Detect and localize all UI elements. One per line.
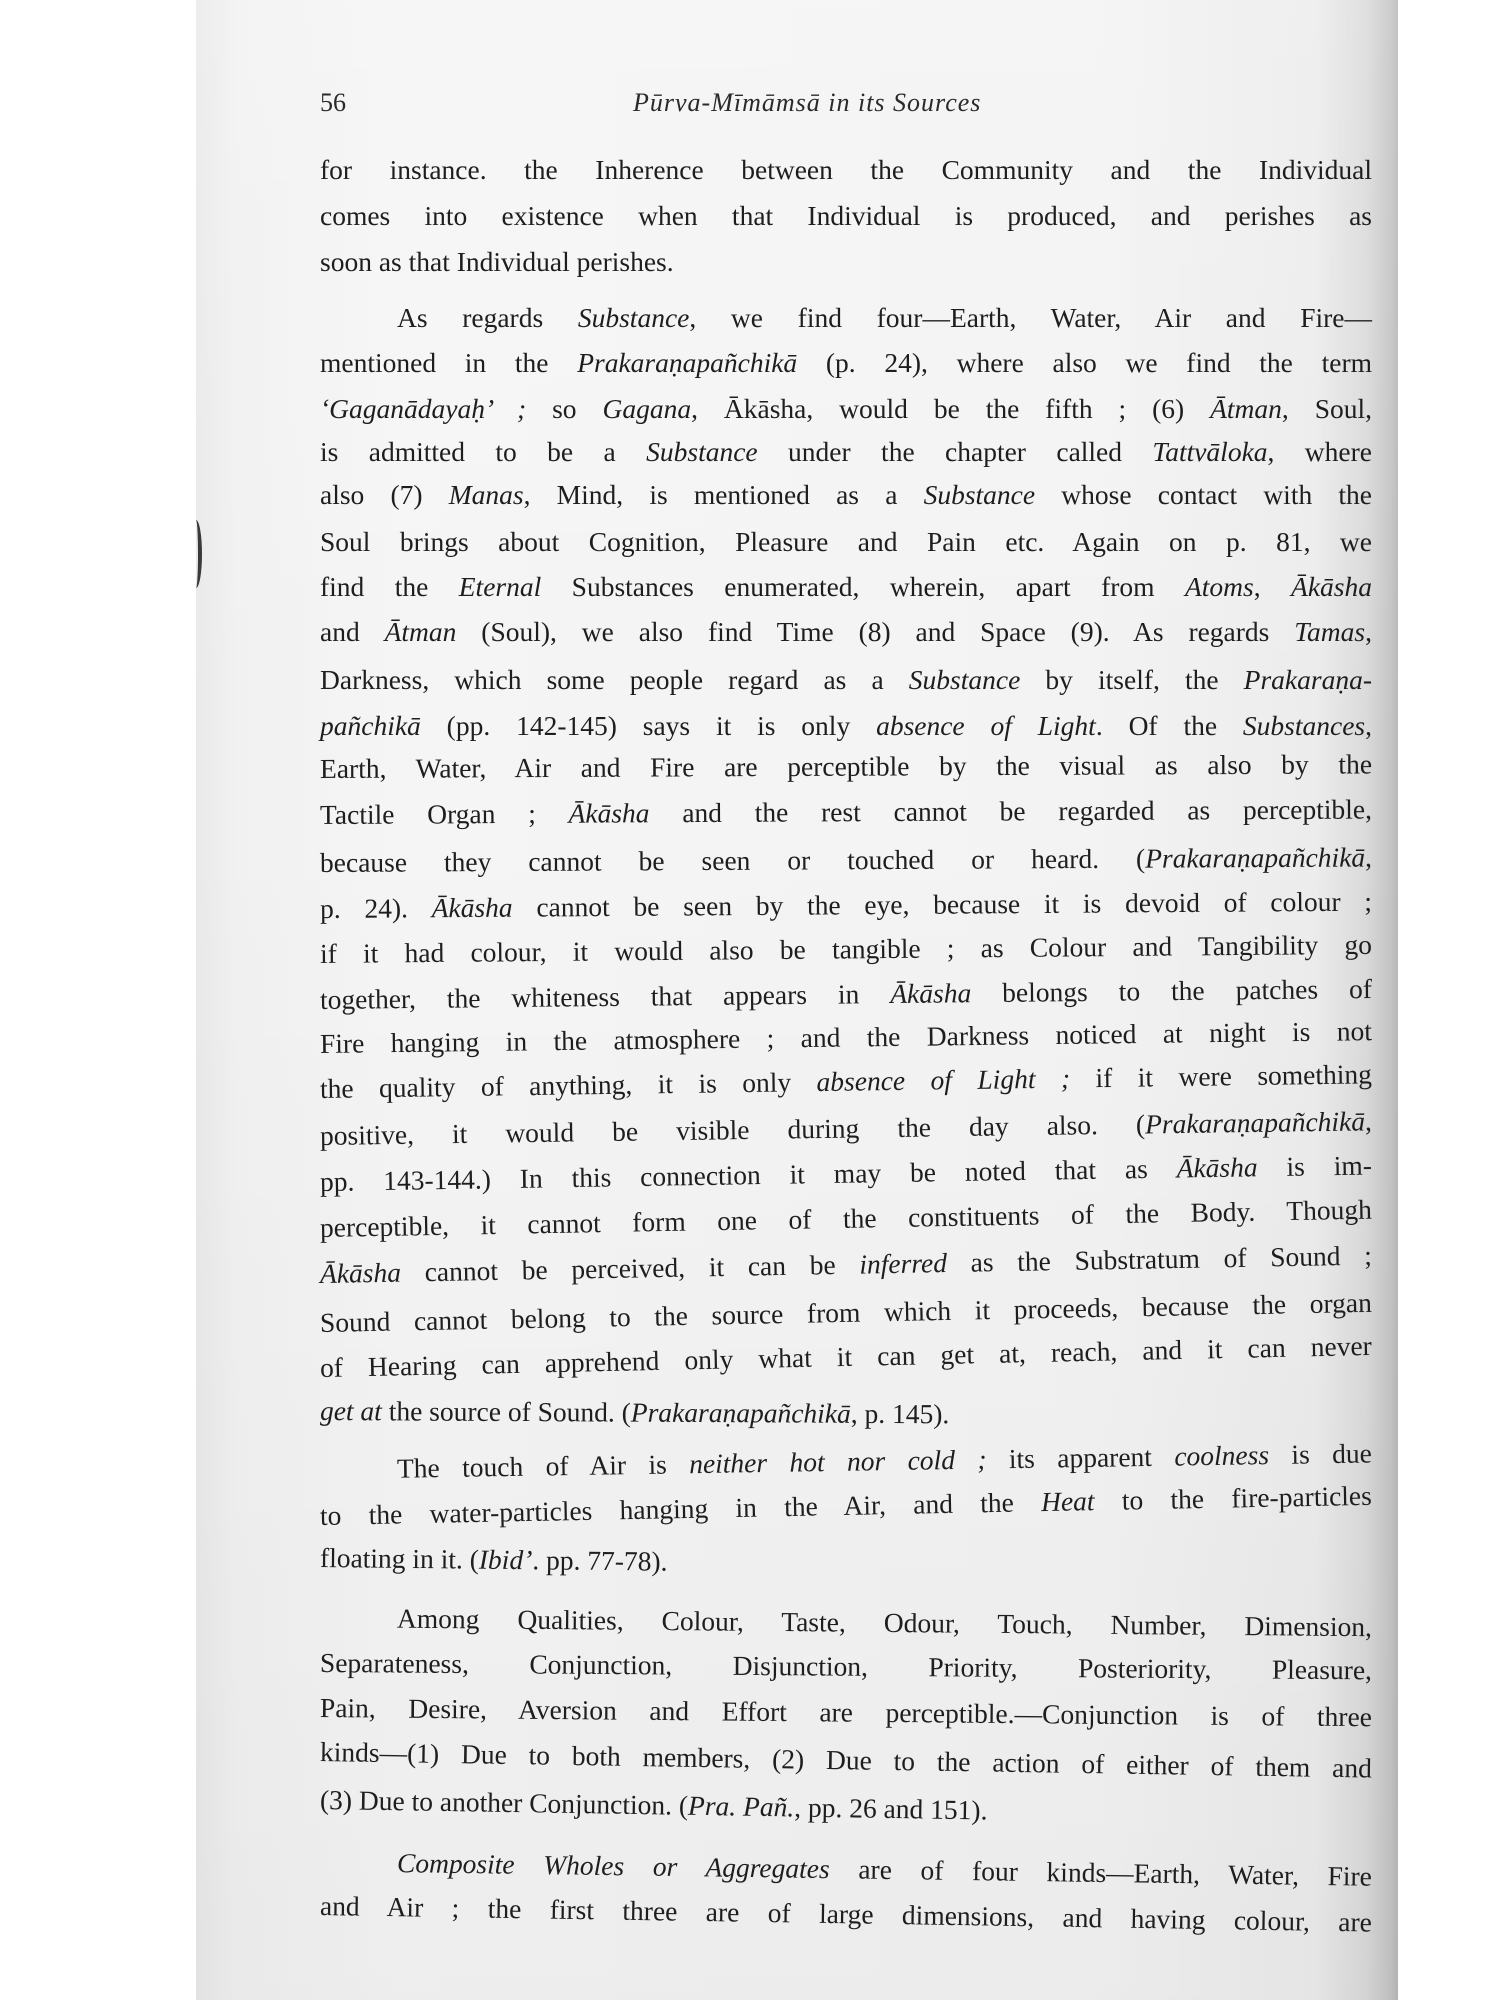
text-line: pañchikā (pp. 142-145) says it is only a… [320, 706, 1372, 746]
text-line: get at the source of Sound. (Prakaraṇapa… [320, 1391, 1372, 1437]
text-line: ‘Gaganādayaḥ’ ; so Gagana, Ākāsha, would… [320, 389, 1372, 429]
page-number: 56 [320, 88, 346, 118]
text-line: Earth, Water, Air and Fire are perceptib… [320, 744, 1372, 789]
text-line: also (7) Manas, Mind, is mentioned as a … [320, 475, 1372, 515]
text-line: soon as that Individual perishes. [320, 242, 1372, 282]
text-line: Separateness, Conjunction, Disjunction, … [320, 1643, 1372, 1690]
text-line: Darkness, which some people regard as a … [320, 660, 1372, 700]
text-line: mentioned in the Prakaraṇapañchikā (p. 2… [320, 343, 1372, 383]
text-line: Tactile Organ ; Ākāsha and the rest cann… [320, 789, 1372, 835]
text-line: and Ātman (Soul), we also find Time (8) … [320, 612, 1372, 652]
text-line: Soul brings about Cognition, Pleasure an… [320, 522, 1372, 562]
text-line: because they cannot be seen or touched o… [320, 837, 1372, 883]
text-line: As regards Substance, we find four—Earth… [320, 298, 1372, 338]
text-line: comes into existence when that Individua… [320, 196, 1372, 236]
text-line: p. 24). Ākāsha cannot be seen by the eye… [320, 882, 1372, 929]
text-line: for instance. the Inherence between the … [320, 150, 1372, 190]
running-title: Pūrva-Mīmāmsā in its Sources [633, 88, 981, 118]
text-line: find the Eternal Substances enumerated, … [320, 567, 1372, 607]
text-line: is admitted to be a Substance under the … [320, 432, 1372, 472]
